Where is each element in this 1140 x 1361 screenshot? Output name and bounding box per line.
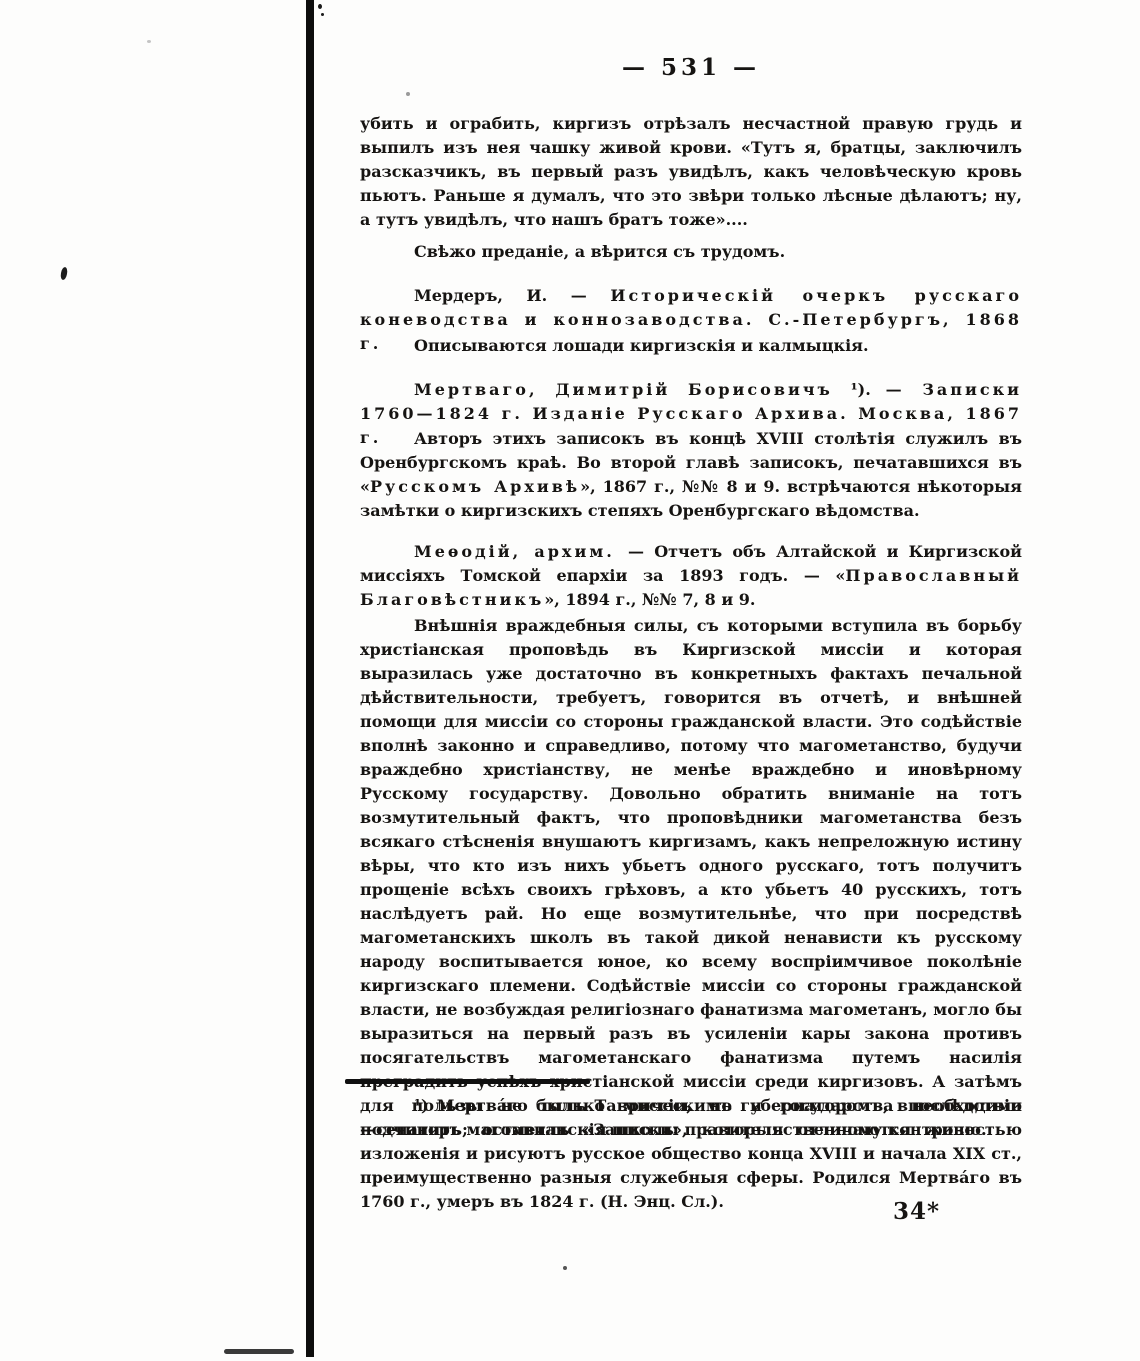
ink-speck (563, 1266, 567, 1270)
ink-speck (147, 40, 151, 43)
scanned-book-page: — 531 — убить и ограбить, киргизъ отрѣза… (0, 0, 1140, 1361)
ink-speck (318, 4, 322, 9)
footnote-reference: ¹). (851, 380, 886, 399)
entry-annotation-merder: Описываются лошади киргизскія и калмыцкі… (360, 334, 1022, 358)
continuation-paragraph: убить и ограбить, киргизъ отрѣзалъ несча… (360, 112, 1022, 232)
entry-author: Меѳодій, архим. (414, 542, 628, 561)
entry-annotation-mefodiy: Внѣшнія враждебныя силы, съ которыми вст… (360, 614, 1022, 1142)
signature-mark: 34* (893, 1198, 940, 1225)
entry-author: Мердеръ, И. — (414, 286, 610, 305)
entry-heading-mefodiy: Меѳодій, архим. — Отчетъ объ Алтайской и… (360, 540, 1022, 612)
aphorism-line: Свѣжо преданіе, а вѣрится съ трудомъ. (360, 240, 1022, 264)
ink-speck (406, 92, 410, 96)
scan-smudge (224, 1349, 294, 1354)
ink-speck (321, 13, 324, 16)
footnote-text: Мертва́го былъ Таврическимъ губернатором… (360, 1096, 1022, 1211)
binding-fold-line (306, 0, 314, 1357)
ink-speck (60, 267, 68, 281)
entry-author: Мертваго, Димитрій Борисовичъ (414, 380, 851, 399)
journal-name: Русскомъ Архивѣ (370, 477, 580, 496)
footnote-marker: ¹) (414, 1096, 437, 1115)
entry-title: », 1894 г., №№ 7, 8 и 9. (544, 590, 755, 609)
entry-annotation-mertvago: Авторъ этихъ записокъ въ концѣ XVIII сто… (360, 427, 1022, 523)
footnote: ¹) Мертва́го былъ Таврическимъ губернато… (360, 1094, 1022, 1214)
footnote-separator-rule (345, 1079, 590, 1084)
page-number: — 531 — (360, 54, 1022, 81)
